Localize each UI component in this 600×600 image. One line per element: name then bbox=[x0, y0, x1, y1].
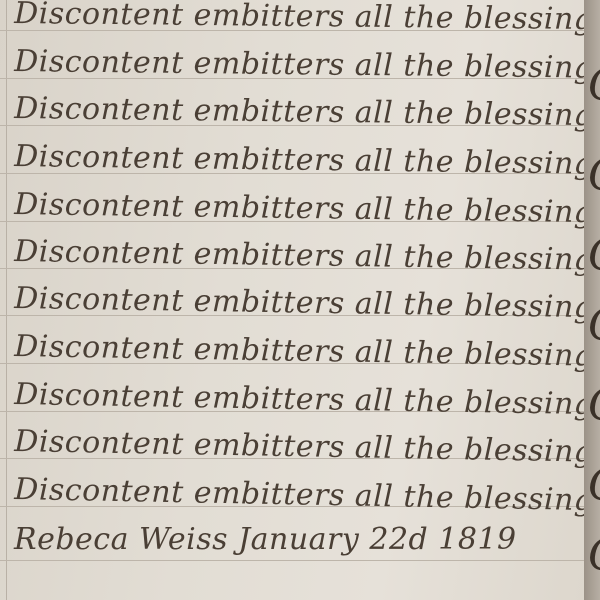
signature-date-line: Rebeca Weiss January 22d 1819 bbox=[14, 522, 517, 557]
underlying-page-letter: C bbox=[588, 380, 600, 431]
handwritten-line: Discontent embitters all the blessings o… bbox=[14, 377, 600, 423]
underlying-page-letter: C bbox=[588, 60, 600, 111]
underlying-page-letter: C bbox=[588, 300, 600, 351]
handwritten-line: Discontent embitters all the blessings o… bbox=[14, 44, 600, 87]
handwritten-line: Discontent embitters all the blessings o… bbox=[14, 187, 600, 231]
handwritten-line: Discontent embitters all the blessings o… bbox=[14, 424, 600, 471]
ruled-line bbox=[0, 560, 584, 561]
underlying-page-letter: C bbox=[588, 230, 600, 281]
margin-line bbox=[6, 0, 7, 600]
handwritten-line: Discontent embitters all the blessing of bbox=[14, 472, 600, 519]
handwritten-line: Discontent embitters all the blessings o… bbox=[14, 281, 600, 326]
copybook-page: Discontent embitters all the blessings o… bbox=[0, 0, 584, 600]
handwritten-line: Discontent embitters all the blessings o… bbox=[14, 329, 600, 375]
handwritten-line: Discontent embitters all the blessings o… bbox=[14, 91, 600, 134]
handwritten-line: Discontent embitters all the blessings o… bbox=[14, 0, 600, 38]
handwritten-line: Discontent embitters all the blessings o… bbox=[14, 139, 600, 182]
underlying-page-letter: C bbox=[588, 530, 600, 581]
handwritten-line: Discontent embitters all the blessings o… bbox=[14, 234, 600, 278]
underlying-page-letter: C bbox=[588, 150, 600, 201]
underlying-page-letter: C bbox=[588, 460, 600, 511]
